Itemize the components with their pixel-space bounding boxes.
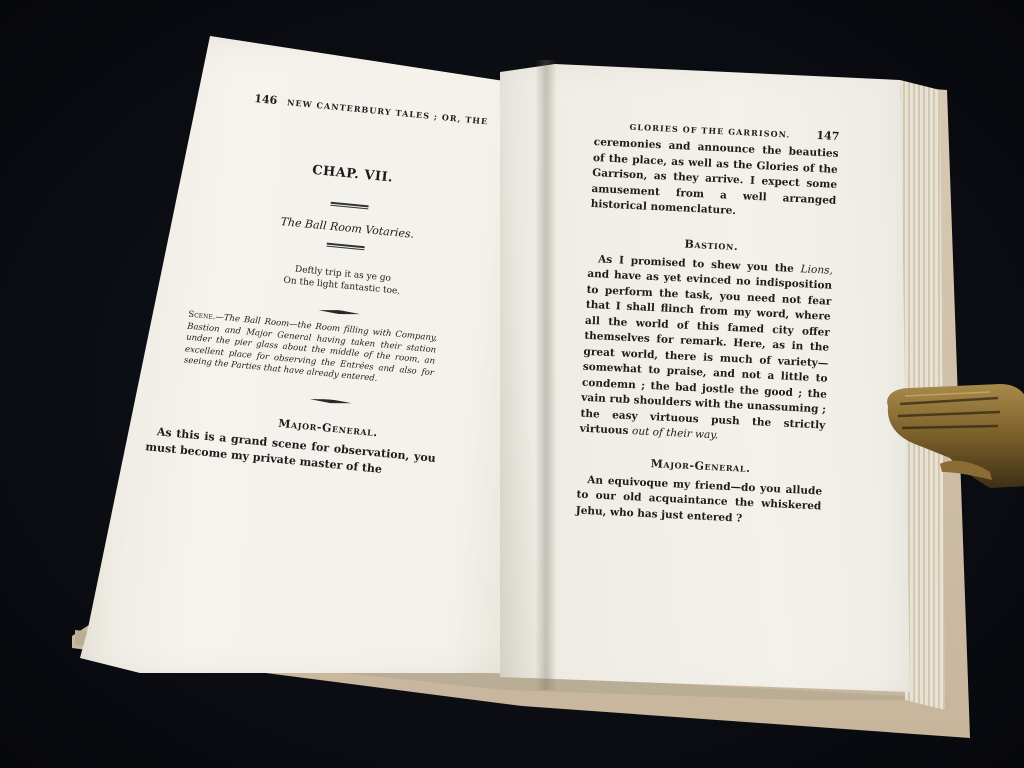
double-rule xyxy=(327,243,365,251)
chapter-subtitle: The Ball Room Votaries. xyxy=(242,211,452,244)
scene-label: Scene. xyxy=(188,310,216,323)
page-number-right: 147 xyxy=(816,129,840,143)
epigraph: Deftly trip it as ye go On the light fan… xyxy=(237,258,448,302)
paragraph: ceremonies and announce the beauties of … xyxy=(590,135,838,224)
paragraph-text: and have as yet evinced no indisposition… xyxy=(580,268,833,437)
ornamental-swash xyxy=(310,397,352,405)
left-page-text: 146 NEW CANTERBURY TALES ; OR, THE CHAP.… xyxy=(219,92,464,482)
book-gutter xyxy=(535,60,557,690)
double-rule xyxy=(330,202,368,210)
page-number-left: 146 xyxy=(254,92,278,107)
brass-hand-bookmark-icon xyxy=(880,376,1024,496)
chapter-heading: CHAP. VII. xyxy=(247,157,457,192)
paragraph: As I promised to shew you the Lions, and… xyxy=(579,251,833,449)
right-page-text: GLORIES OF THE GARRISON. 147 ceremonies … xyxy=(575,118,839,530)
italic-lions: Lions, xyxy=(800,263,833,277)
italic-phrase: out of their way. xyxy=(632,425,719,441)
ornamental-swash xyxy=(318,308,360,316)
